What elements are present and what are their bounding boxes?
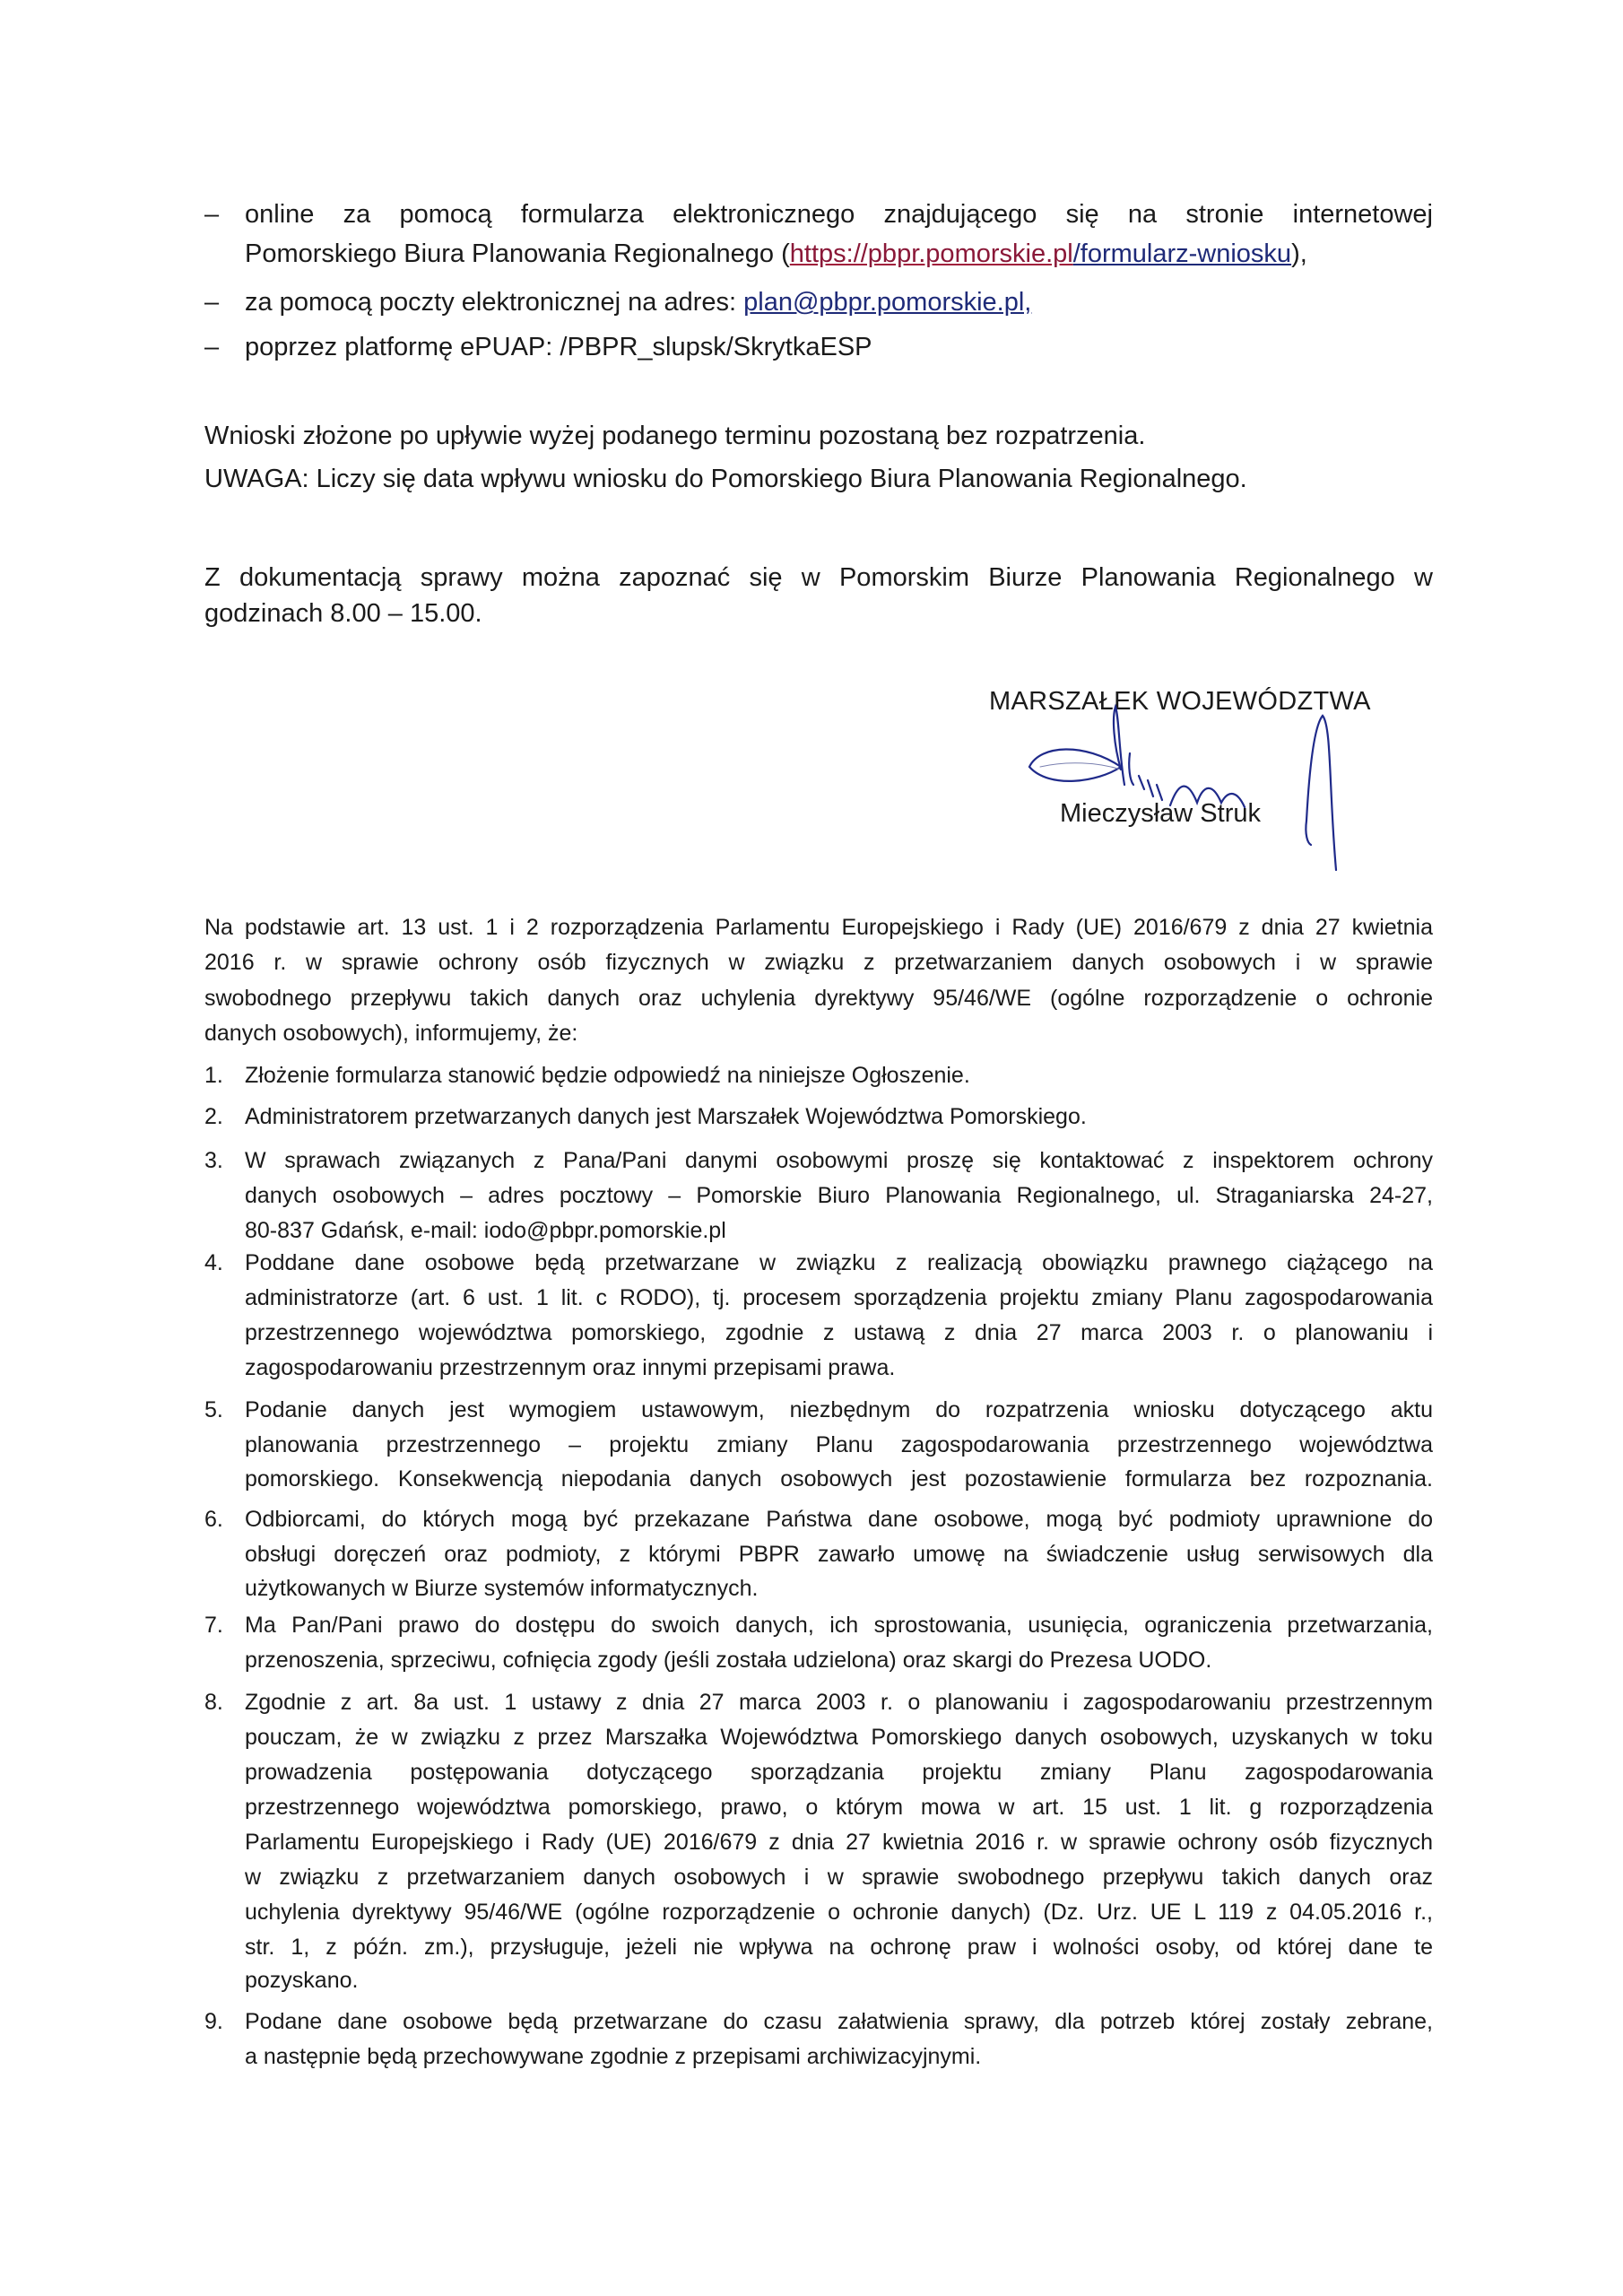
rodo-item-8-line: pozyskano.	[245, 1968, 1433, 1994]
contact-method-online-line2: Pomorskiego Biura Planowania Regionalneg…	[245, 239, 1433, 269]
documentation-info-line1: Z dokumentacją sprawy można zapoznać się…	[204, 563, 1433, 593]
rodo-item-8-line: uchylenia dyrektywy 95/46/WE (ogólne roz…	[245, 1900, 1433, 1926]
rodo-item-6-line: obsługi doręczeń oraz podmioty, z którym…	[245, 1542, 1433, 1568]
rodo-item-4-line: Poddane dane osobowe będą przetwarzane w…	[245, 1250, 1433, 1276]
rodo-item-8-line: str. 1, z późn. zm.), przysługuje, jeżel…	[245, 1935, 1433, 1961]
rodo-item-7-line: Ma Pan/Pani prawo do dostępu do swoich d…	[245, 1613, 1433, 1639]
list-number: 8.	[204, 1690, 231, 1716]
rodo-item-3-line: danych osobowych – adres pocztowy – Pomo…	[245, 1183, 1433, 1209]
rodo-item-8-line: Zgodnie z art. 8a ust. 1 ustawy z dnia 2…	[245, 1690, 1433, 1716]
rodo-item-6-line: Odbiorcami, do których mogą być przekaza…	[245, 1507, 1433, 1533]
handwritten-signature-icon	[1013, 700, 1372, 879]
list-number: 3.	[204, 1148, 231, 1174]
rodo-item-4-line: zagospodarowaniu przestrzennym oraz inny…	[245, 1355, 1433, 1381]
contact-method-email: za pomocą poczty elektronicznej na adres…	[245, 288, 1433, 317]
list-dash: –	[204, 333, 222, 362]
deadline-notice: Wnioski złożone po upływie wyżej podaneg…	[204, 422, 1145, 451]
rodo-item-2: Administratorem przetwarzanych danych je…	[245, 1104, 1433, 1130]
rodo-item-7-line: przenoszenia, sprzeciwu, cofnięcia zgody…	[245, 1648, 1433, 1674]
signatory-name: Mieczysław Struk	[1060, 799, 1261, 829]
rodo-intro-line: Na podstawie art. 13 ust. 1 i 2 rozporzą…	[204, 915, 1433, 941]
rodo-item-4-line: administratorze (art. 6 ust. 1 lit. c RO…	[245, 1285, 1433, 1311]
rodo-item-8-line: Parlamentu Europejskiego i Rady (UE) 201…	[245, 1830, 1433, 1856]
list-dash: –	[204, 200, 222, 230]
contact-method-online-line1: online za pomocą formularza elektroniczn…	[245, 200, 1433, 230]
list-number: 9.	[204, 2009, 231, 2035]
rodo-item-5-line: Podanie danych jest wymogiem ustawowym, …	[245, 1397, 1433, 1423]
list-number: 5.	[204, 1397, 231, 1423]
list-number: 1.	[204, 1063, 231, 1089]
rodo-item-3-line: W sprawach związanych z Pana/Pani danymi…	[245, 1148, 1433, 1174]
form-url-link-host[interactable]: https://pbpr.pomorskie.pl	[790, 239, 1073, 268]
rodo-item-8-line: w związku z przetwarzaniem danych osobow…	[245, 1865, 1433, 1891]
rodo-item-3-line: 80-837 Gdańsk, e-mail: iodo@pbpr.pomorsk…	[245, 1218, 1433, 1244]
contact-method-epuap: poprzez platformę ePUAP: /PBPR_slupsk/Sk…	[245, 333, 1433, 362]
document-page: – online za pomocą formularza elektronic…	[0, 0, 1623, 2296]
rodo-item-8-line: przestrzennego województwa pomorskiego, …	[245, 1795, 1433, 1821]
rodo-item-5-line: pomorskiego. Konsekwencją niepodania dan…	[245, 1466, 1433, 1492]
rodo-item-6-line: użytkowanych w Biurze systemów informaty…	[245, 1576, 1433, 1602]
list-number: 4.	[204, 1250, 231, 1276]
list-number: 7.	[204, 1613, 231, 1639]
rodo-item-1: Złożenie formularza stanowić będzie odpo…	[245, 1063, 1433, 1089]
list-number: 2.	[204, 1104, 231, 1130]
rodo-intro-line: 2016 r. w sprawie ochrony osób fizycznyc…	[204, 950, 1433, 976]
rodo-intro-line: swobodnego przepływu takich danych oraz …	[204, 986, 1433, 1012]
uwaga-notice: UWAGA: Liczy się data wpływu wniosku do …	[204, 465, 1247, 494]
rodo-item-5-line: planowania przestrzennego – projektu zmi…	[245, 1432, 1433, 1458]
documentation-info-line2: godzinach 8.00 – 15.00.	[204, 599, 482, 629]
list-number: 6.	[204, 1507, 231, 1533]
form-url-link-path[interactable]: /formularz-wniosku	[1073, 239, 1291, 268]
email-link[interactable]: plan@pbpr.pomorskie.pl,	[743, 288, 1031, 317]
rodo-item-9-line: Podane dane osobowe będą przetwarzane do…	[245, 2009, 1433, 2035]
rodo-item-4-line: przestrzennego województwa pomorskiego, …	[245, 1320, 1433, 1346]
rodo-intro-line: danych osobowych), informujemy, że:	[204, 1021, 1433, 1047]
rodo-item-9-line: a następnie będą przechowywane zgodnie z…	[245, 2044, 1433, 2070]
rodo-item-8-line: pouczam, że w związku z przez Marszałka …	[245, 1725, 1433, 1751]
rodo-item-8-line: prowadzenia postępowania dotyczącego spo…	[245, 1760, 1433, 1786]
list-dash: –	[204, 288, 222, 317]
